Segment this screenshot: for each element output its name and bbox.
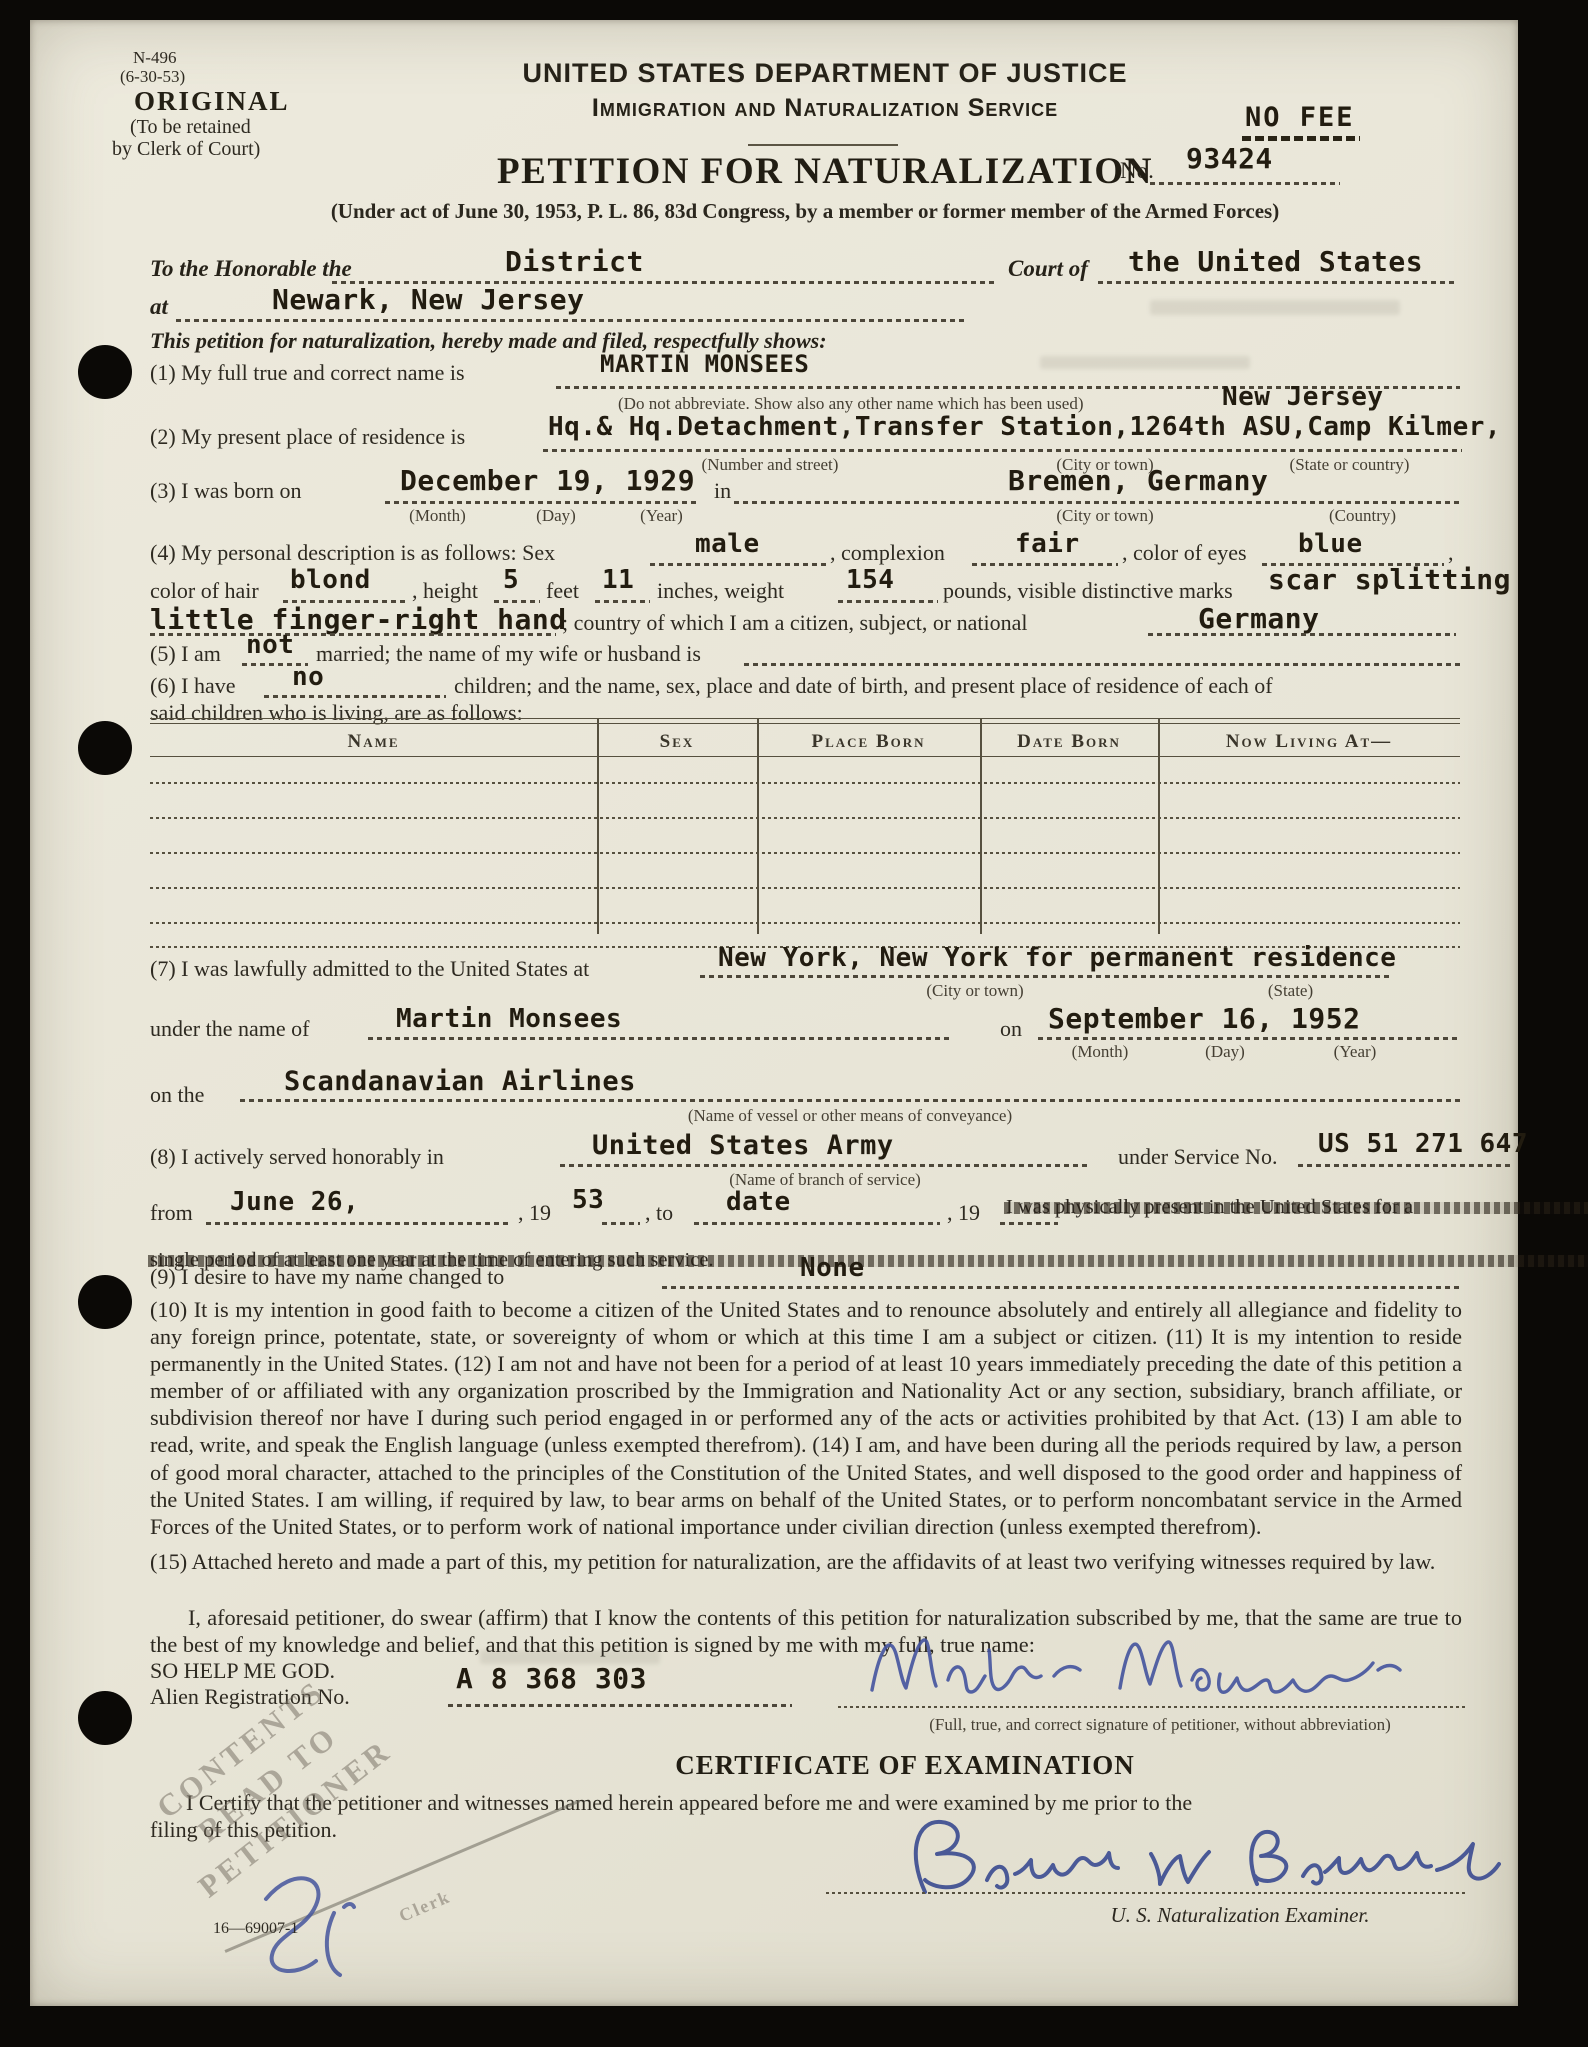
table-column-divider xyxy=(980,718,982,934)
item5-married-value: not xyxy=(246,630,294,660)
item2-note-state: (State or country) xyxy=(1252,456,1447,475)
table-header-now-living: Now Living At— xyxy=(1158,731,1460,753)
examiner-signature-line xyxy=(826,1892,1468,1894)
item7-on-label: on xyxy=(1000,1016,1022,1042)
item4-weight-value: 154 xyxy=(846,565,894,595)
dotted-line xyxy=(700,975,1392,978)
item4-feet-value: 5 xyxy=(503,565,519,595)
item7-vessel-label: on the xyxy=(150,1082,204,1108)
copy-label: ORIGINAL xyxy=(134,86,290,117)
dotted-line xyxy=(264,695,446,698)
form-number: N-496 xyxy=(133,48,176,68)
dotted-line xyxy=(448,1704,792,1707)
examiner-title-label: U. S. Naturalization Examiner. xyxy=(1020,1903,1460,1928)
item3-note-city: (City or town) xyxy=(1010,507,1200,526)
signature-line xyxy=(838,1706,1466,1708)
alien-registration-value: A 8 368 303 xyxy=(456,1662,647,1695)
item4-inches-value: 11 xyxy=(602,565,634,595)
struck-out-text-1: I was physically present in the United S… xyxy=(1006,1196,1588,1219)
item8-service-no-label: under Service No. xyxy=(1118,1144,1277,1170)
item8-service-no-value: US 51 271 647 xyxy=(1318,1129,1528,1159)
item7-vessel-value: Scandanavian Airlines xyxy=(284,1066,636,1097)
paragraph-10-14: (10) It is my intention in good faith to… xyxy=(150,1296,1462,1540)
item7-note-month: (Month) xyxy=(1050,1043,1150,1062)
scanned-petition-document: N-496 (6-30-53) ORIGINAL (To be retained… xyxy=(0,0,1588,2047)
item9-name-change-value: None xyxy=(800,1253,865,1283)
table-column-divider xyxy=(597,718,599,934)
dotted-line xyxy=(972,563,1118,566)
table-empty-row xyxy=(150,887,1460,889)
item4-marks-value-2: little finger-right hand xyxy=(150,603,567,636)
item7-note-vessel: (Name of vessel or other means of convey… xyxy=(620,1107,1080,1126)
table-empty-row xyxy=(150,782,1460,784)
service-line: Immigration and Naturalization Service xyxy=(420,94,1230,123)
item3-note-country: (Country) xyxy=(1285,507,1440,526)
dotted-line xyxy=(240,1099,1460,1102)
act-subtitle: (Under act of June 30, 1953, P. L. 86, 8… xyxy=(150,199,1460,224)
strike-overlay xyxy=(1004,1202,1588,1214)
dotted-line xyxy=(744,663,1460,666)
dotted-line xyxy=(1098,281,1454,284)
table-empty-row xyxy=(150,922,1460,924)
dotted-line xyxy=(734,501,1460,504)
table-empty-row xyxy=(150,817,1460,819)
item7-label: (7) I was lawfully admitted to the Unite… xyxy=(150,956,589,982)
item6-label-a: (6) I have xyxy=(150,673,236,699)
item7-note-day: (Day) xyxy=(1180,1043,1270,1062)
court-name-value: District xyxy=(505,245,644,278)
item7-note-state: (State) xyxy=(1228,982,1353,1001)
to-honorable-label: To the Honorable the xyxy=(150,256,352,282)
item8-from-label: from xyxy=(150,1200,193,1226)
dotted-line xyxy=(543,449,1462,452)
dotted-line xyxy=(838,600,938,603)
item4-label-height: , height xyxy=(412,578,478,604)
item8-19a-label: , 19 xyxy=(518,1200,551,1226)
dotted-line xyxy=(662,1286,1460,1289)
item7-date-value: September 16, 1952 xyxy=(1048,1002,1360,1035)
court-of-value: the United States xyxy=(1128,245,1423,278)
item4-marks-value-1: scar splitting xyxy=(1268,563,1511,596)
table-column-divider xyxy=(757,718,759,934)
table-header-rule xyxy=(150,756,1460,759)
item4-complexion-value: fair xyxy=(1015,529,1080,559)
item3-place-value: Bremen, Germany xyxy=(1008,464,1268,497)
petition-no-label: No. xyxy=(1120,158,1154,184)
item8-branch-value: United States Army xyxy=(592,1130,894,1161)
item5-label-a: (5) I am xyxy=(150,641,221,667)
dotted-line xyxy=(206,1222,512,1225)
item8-19b-label: , 19 xyxy=(947,1200,980,1226)
dotted-line xyxy=(595,600,650,603)
item3-in-label: in xyxy=(714,478,731,504)
item3-note-day: (Day) xyxy=(516,507,596,526)
dotted-line xyxy=(1148,633,1456,636)
header-divider xyxy=(748,144,898,146)
item4-label-eyes: , color of eyes xyxy=(1122,540,1247,566)
item1-note: (Do not abbreviate. Show also any other … xyxy=(618,395,1083,414)
punch-hole xyxy=(78,721,132,775)
at-label: at xyxy=(150,294,168,320)
item9-label: (9) I desire to have my name changed to xyxy=(150,1264,504,1290)
item6-children-value: no xyxy=(292,662,324,692)
item8-from-value: June 26, xyxy=(230,1187,359,1217)
certificate-title: CERTIFICATE OF EXAMINATION xyxy=(350,1750,1460,1781)
dotted-line xyxy=(1150,182,1340,185)
item6-label-b: children; and the name, sex, place and d… xyxy=(454,673,1273,699)
item7-admitted-value: New York, New York for permanent residen… xyxy=(718,943,1396,973)
court-of-label: Court of xyxy=(1008,256,1088,282)
page-title: PETITION FOR NATURALIZATION xyxy=(420,150,1230,193)
item4-label-weight: inches, weight xyxy=(657,578,784,604)
item8-to-label: , to xyxy=(645,1200,673,1226)
item2-label: (2) My present place of residence is xyxy=(150,424,465,450)
copy-note-line2: by Clerk of Court) xyxy=(112,138,260,162)
item8-to-value: date xyxy=(726,1187,791,1217)
item3-date-value: December 19, 1929 xyxy=(400,464,695,497)
dotted-line xyxy=(602,1222,640,1225)
item7-note-city: (City or town) xyxy=(880,982,1070,1001)
item4-label-hair: color of hair xyxy=(150,578,259,604)
item7-note-year: (Year) xyxy=(1300,1043,1410,1062)
department-line: UNITED STATES DEPARTMENT OF JUSTICE xyxy=(420,58,1230,89)
no-fee-underline xyxy=(1242,136,1360,141)
item4-country-value: Germany xyxy=(1198,602,1320,635)
dotted-line xyxy=(385,501,700,504)
petition-number: 93424 xyxy=(1186,142,1273,175)
table-header-name: Name xyxy=(150,731,597,753)
dotted-line xyxy=(176,319,968,322)
item3-note-year: (Year) xyxy=(614,507,709,526)
item7-name-value: Martin Monsees xyxy=(396,1004,622,1034)
item8-from-year-value: 53 xyxy=(572,1185,604,1215)
item3-label: (3) I was born on xyxy=(150,478,302,504)
bleed-through-smudge xyxy=(1040,356,1250,369)
item7-under-name-label: under the name of xyxy=(150,1016,309,1042)
copy-note-line1: (To be retained xyxy=(130,116,251,140)
dotted-line xyxy=(368,1037,952,1040)
item4-hair-value: blond xyxy=(290,565,371,595)
item8-label: (8) I actively served honorably in xyxy=(150,1144,444,1170)
table-header-sex: Sex xyxy=(597,731,757,753)
item4-sex-value: male xyxy=(695,529,760,559)
item8-note-branch: (Name of branch of service) xyxy=(680,1171,970,1190)
punch-hole xyxy=(78,345,132,399)
dotted-line xyxy=(1000,1222,1058,1225)
at-value: Newark, New Jersey xyxy=(272,283,584,316)
no-fee-stamp: NO FEE xyxy=(1245,102,1355,133)
item2-state-value: New Jersey xyxy=(1222,382,1384,412)
table-top-rule xyxy=(150,718,1460,724)
paragraph-15: (15) Attached hereto and made a part of … xyxy=(150,1548,1462,1575)
table-empty-row xyxy=(150,852,1460,854)
item2-residence-value: Hq.& Hq.Detachment,Transfer Station,1264… xyxy=(548,412,1501,442)
dotted-line xyxy=(1038,1037,1460,1040)
item3-note-month: (Month) xyxy=(390,507,485,526)
petitioner-signature-note: (Full, true, and correct signature of pe… xyxy=(820,1716,1500,1735)
table-column-divider xyxy=(1158,718,1160,934)
petitioner-signature xyxy=(858,1622,1490,1714)
item4-label-country: ; country of which I am a citizen, subje… xyxy=(562,610,1028,636)
punch-hole xyxy=(78,1691,132,1745)
form-date: (6-30-53) xyxy=(120,67,185,87)
item4-label-sex: (4) My personal description is as follow… xyxy=(150,540,555,566)
dotted-line xyxy=(694,1222,940,1225)
item4-label-feet: feet xyxy=(546,578,579,604)
item4-label-complexion: , complexion xyxy=(830,540,945,566)
item1-label: (1) My full true and correct name is xyxy=(150,360,465,386)
item4-eyes-value: blue xyxy=(1298,529,1363,559)
item5-label-b: married; the name of my wife or husband … xyxy=(316,641,701,667)
print-code: 16—69007-1 xyxy=(213,1920,298,1939)
dotted-line xyxy=(150,633,556,636)
bleed-through-smudge xyxy=(1150,300,1400,315)
item4-label-marks: pounds, visible distinctive marks xyxy=(943,578,1233,604)
dotted-line xyxy=(560,1164,1088,1167)
dotted-line xyxy=(650,563,826,566)
table-header-place-born: Place Born xyxy=(757,731,980,753)
dotted-line xyxy=(1298,1164,1512,1167)
punch-hole xyxy=(78,1275,132,1329)
table-header-date-born: Date Born xyxy=(980,731,1158,753)
item1-name-value: MARTIN MONSEES xyxy=(600,350,809,378)
